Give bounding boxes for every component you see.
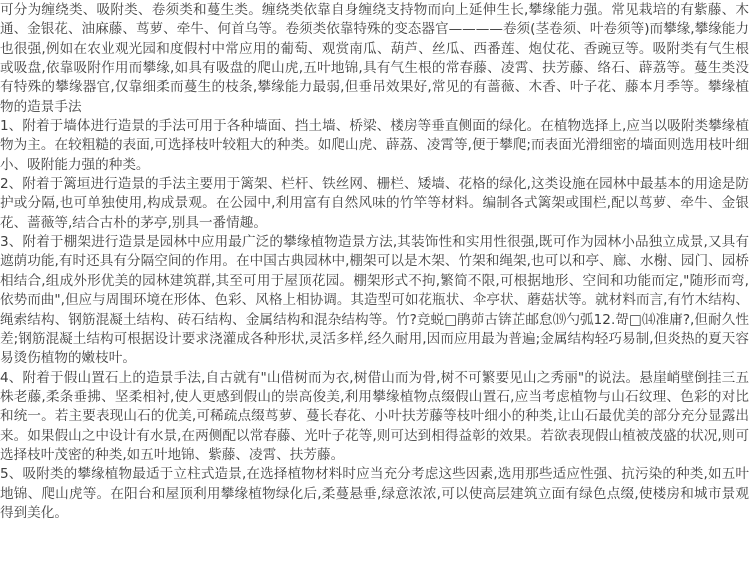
paragraph-2-fence-greening: 2、附着于篱垣进行造景的手法主要用于篱架、栏杆、铁丝网、栅栏、矮墙、花格的绿化,… (0, 175, 749, 233)
paragraph-4-rockery-greening: 4、附着于假山置石上的造景手法,自古就有"山借树而为衣,树借山而为骨,树不可繁要… (0, 369, 749, 466)
document-page: 可分为缠绕类、吸附类、卷须类和蔓生类。缠绕类依靠自身缠绕支持物而向上延伸生长,攀… (0, 0, 749, 563)
paragraph-intro-climbing-plant-types: 可分为缠绕类、吸附类、卷须类和蔓生类。缠绕类依靠自身缠绕支持物而向上延伸生长,攀… (0, 1, 749, 117)
paragraph-3-trellis-greening: 3、附着于棚架进行造景是园林中应用最广泛的攀缘植物造景方法,其装饰性和实用性很强… (0, 233, 749, 368)
paragraph-1-wall-greening: 1、附着于墙体进行造景的手法可用于各种墙面、挡土墙、桥梁、楼房等垂直侧面的绿化。… (0, 117, 749, 175)
paragraph-5-column-greening: 5、吸附类的攀缘植物最适于立柱式造景,在选择植物材料时应当充分考虑这些因素,选用… (0, 465, 749, 523)
